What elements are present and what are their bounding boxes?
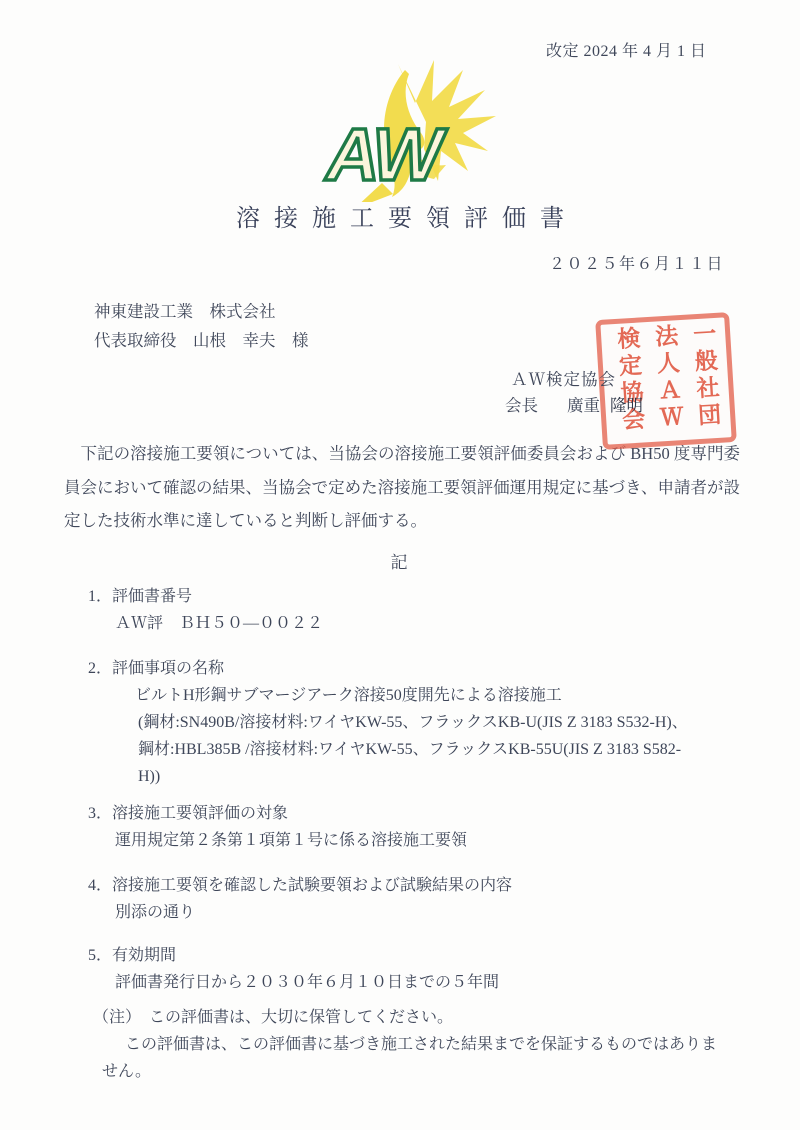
item-heading: 4．溶接施工要領を確認した試験要領および試験結果の内容	[88, 872, 748, 899]
seal-text: 一般社団 法人ＡＷ 検定協会	[605, 321, 728, 442]
note-line: せん。	[102, 1058, 745, 1085]
item-test-results: 4．溶接施工要領を確認した試験要領および試験結果の内容 別添の通り	[88, 872, 748, 926]
item-heading: 1．評価書番号	[88, 583, 748, 610]
item-line: 鋼材:HBL385B /溶接材料:ワイヤKW-55、フラックスKB-55U(JI…	[138, 736, 748, 763]
issuer-given-name: 隆明	[610, 396, 643, 415]
body-paragraph: 下記の溶接施工要領については、当協会の溶接施工要領評価委員会および BH50 度…	[64, 437, 740, 538]
note-line: （注） この評価書は、大切に保管してください。	[93, 1004, 745, 1031]
item-evaluation-subject: 2．評価事項の名称 ビルトH形鋼サブマージアーク溶接50度開先による溶接施工 (…	[88, 655, 748, 790]
item-line: ＡＷ評 ＢＨ５０―００２２	[115, 610, 748, 637]
aw-logo-graphic: AW	[298, 56, 503, 202]
addressee-representative: 代表取締役 山根 幸夫 様	[94, 326, 309, 355]
aw-logo: AW	[298, 56, 503, 202]
issuer-role: 会長	[505, 396, 538, 415]
issuer-organization: ＡＷ検定協会	[511, 366, 616, 390]
issuer-signature: 会長廣重隆明	[505, 392, 643, 416]
item-line: H))	[138, 763, 748, 790]
seal-column-middle: 法人ＡＷ	[645, 323, 690, 439]
item-heading: 5．有効期間	[88, 942, 748, 969]
revision-date: 改定 2024 年 4 月 1 日	[546, 38, 707, 61]
items-list: 1．評価書番号 ＡＷ評 ＢＨ５０―００２２ 2．評価事項の名称 ビルトH形鋼サブ…	[88, 583, 748, 996]
issue-date: ２０２５年６月１１日	[549, 251, 724, 274]
item-line: 運用規定第２条第１項第１号に係る溶接施工要領	[115, 827, 748, 854]
seal-column-right: 一般社団	[682, 321, 727, 437]
item-evaluation-number: 1．評価書番号 ＡＷ評 ＢＨ５０―００２２	[88, 583, 748, 637]
addressee-company: 神東建設工業 株式会社	[94, 297, 309, 326]
item-line: (鋼材:SN490B/溶接材料:ワイヤKW-55、フラックスKB-U(JIS Z…	[138, 709, 748, 736]
item-line: 評価書発行日から２０３０年６月１０日までの５年間	[115, 969, 748, 996]
document-title: 溶接施工要領評価書	[0, 198, 800, 233]
item-validity-period: 5．有効期間 評価書発行日から２０３０年６月１０日までの５年間	[88, 942, 748, 996]
note-block: （注） この評価書は、大切に保管してください。 この評価書は、この評価書に基づき…	[93, 1004, 745, 1085]
addressee-block: 神東建設工業 株式会社 代表取締役 山根 幸夫 様	[94, 297, 309, 355]
certificate-page: 改定 2024 年 4 月 1 日 AW 溶接施工要領評価書 ２０２５年６月１１…	[0, 0, 800, 1130]
note-line: この評価書は、この評価書に基づき施工された結果までを保証するものではありま	[125, 1031, 745, 1058]
item-heading: 3．溶接施工要領評価の対象	[88, 800, 748, 827]
aw-logo-letters: AW	[324, 113, 448, 196]
item-line: 別添の通り	[115, 899, 748, 926]
item-evaluation-scope: 3．溶接施工要領評価の対象 運用規定第２条第１項第１号に係る溶接施工要領	[88, 800, 748, 854]
item-heading: 2．評価事項の名称	[88, 655, 748, 682]
issuer-surname: 廣重	[567, 396, 600, 415]
association-seal: 一般社団 法人ＡＷ 検定協会	[595, 312, 737, 450]
item-line: ビルトH形鋼サブマージアーク溶接50度開先による溶接施工	[135, 682, 748, 709]
record-marker: 記	[0, 548, 800, 573]
